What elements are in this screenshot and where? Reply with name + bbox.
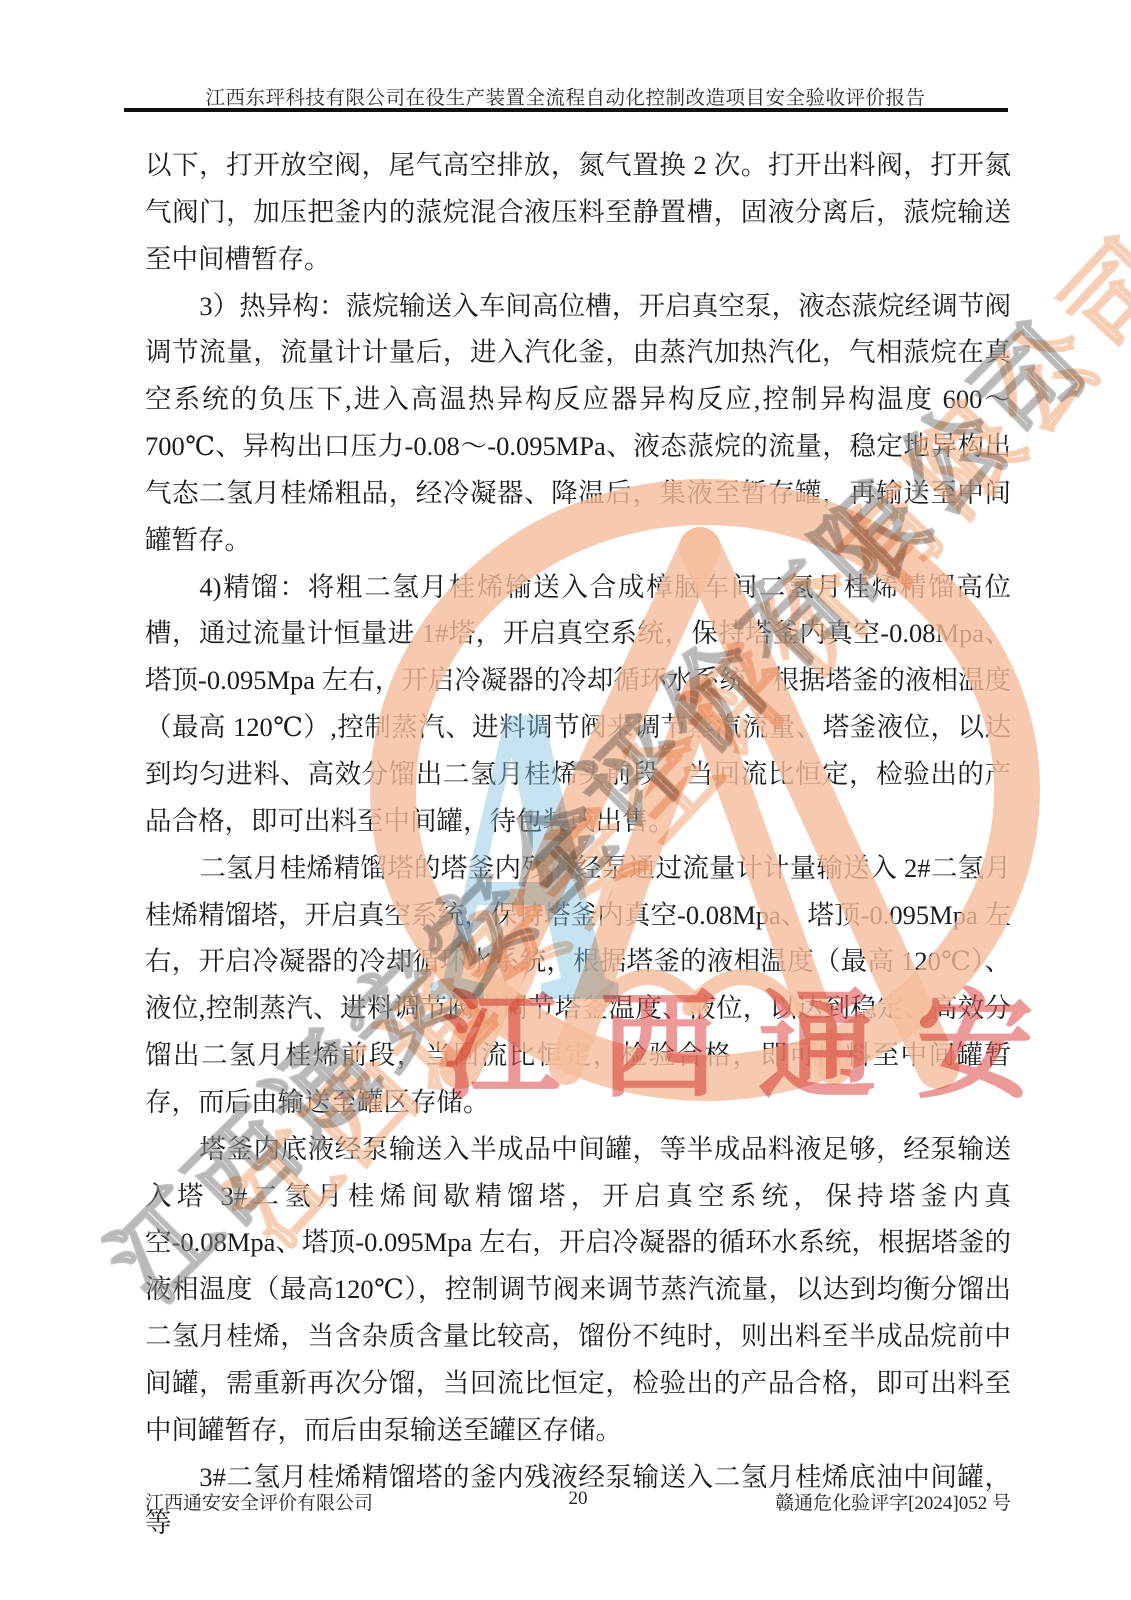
paragraph: 3）热异构：蒎烷输送入车间高位槽，开启真空泵，液态蒎烷经调节阀调节流量，流量计计… xyxy=(145,283,1011,564)
paragraph: 以下，打开放空阀，尾气高空排放，氮气置换 2 次。打开出料阀，打开氮气阀门，加压… xyxy=(145,142,1011,283)
paragraph: 二氢月桂烯精馏塔的塔釜内残液经泵通过流量计计量输送入 2#二氢月桂烯精馏塔，开启… xyxy=(145,845,1011,1126)
report-page: 江西东玶科技有限公司在役生产装置全流程自动化控制改造项目安全验收评价报告 以下，… xyxy=(0,0,1131,1600)
paragraph: 4)精馏：将粗二氢月桂烯输送入合成樟脑车间二氢月桂烯精馏高位槽，通过流量计恒量进… xyxy=(145,564,1011,845)
paragraph: 塔釜内底液经泵输送入半成品中间罐，等半成品料液足够，经泵输送入塔 3#二氢月桂烯… xyxy=(145,1126,1011,1454)
page-header-title: 江西东玶科技有限公司在役生产装置全流程自动化控制改造项目安全验收评价报告 xyxy=(0,82,1131,110)
footer-doc-number: 赣通危化验评字[2024]052 号 xyxy=(775,1488,1011,1515)
page-content: 江西东玶科技有限公司在役生产装置全流程自动化控制改造项目安全验收评价报告 以下，… xyxy=(0,0,1131,1600)
body-text: 以下，打开放空阀，尾气高空排放，氮气置换 2 次。打开出料阀，打开氮气阀门，加压… xyxy=(145,142,1011,1547)
header-divider xyxy=(124,108,1008,112)
